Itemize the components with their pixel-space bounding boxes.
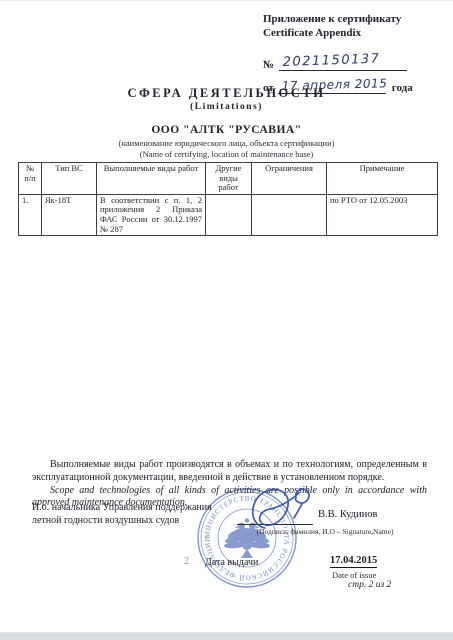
col-header-index: № п/п (19, 163, 42, 195)
col-header-work-types: Выполняемые виды работ (97, 163, 206, 195)
scan-edge-top (0, 0, 453, 1)
issue-date-label-ru: Дата выдачи (205, 557, 258, 568)
col-header-notes: Примечание (327, 163, 438, 195)
appendix-title-ru: Приложение к сертификату (263, 13, 438, 27)
table-row: 1. Як-18Т В соответствии с п. 1, 2 прило… (19, 194, 438, 235)
issue-date-label-en: Date of issue (332, 570, 376, 580)
scan-edge-bottom (0, 632, 453, 640)
organization-name: ООО "АЛТК "РУСАВИА" (0, 124, 453, 136)
appendix-header: Приложение к сертификату Certificate App… (263, 13, 438, 94)
signatory-position: И.о. начальника Управления поддержания л… (32, 501, 262, 527)
paragraph-ru: Выполняемые виды работ производятся в об… (32, 459, 427, 485)
appendix-title-en: Certificate Appendix (263, 27, 438, 41)
document-titles: СФЕРА ДЕЯТЕЛЬНОСТИ (Limitations) ООО "АЛ… (0, 86, 453, 159)
page-number: стр. 2 из 2 (348, 580, 391, 590)
cell-index: 1. (19, 194, 42, 235)
col-header-other-work: Другие виды работ (206, 163, 252, 195)
cell-work-types: В соответствии с п. 1, 2 приложения 2 Пр… (97, 194, 206, 235)
col-header-aircraft-type: Тип ВС (42, 163, 97, 195)
issue-date-value: 17.04.2015 (330, 555, 377, 568)
table-header-row: № п/п Тип ВС Выполняемые виды работ Друг… (19, 163, 438, 195)
certificate-appendix-page: Приложение к сертификату Certificate App… (0, 0, 453, 640)
doc-title-en: (Limitations) (0, 102, 453, 112)
organization-note-en: (Name of certifying, location of mainten… (0, 149, 453, 160)
certificate-number-line: № 2021150137 (263, 50, 438, 71)
cell-notes: по РТО от 12.05.2003 (327, 194, 438, 235)
signatory-name: В.В. Кудинов (318, 509, 377, 520)
handwritten-number: 2021150137 (283, 52, 381, 70)
number-underline: 2021150137 (279, 49, 407, 71)
limitations-table: № п/п Тип ВС Выполняемые виды работ Друг… (18, 162, 438, 236)
cell-other-work (206, 194, 252, 235)
cell-restrictions (252, 194, 327, 235)
handwritten-signature (243, 483, 315, 533)
number-prefix: № (263, 59, 274, 71)
pencil-page-mark: 2 (184, 556, 189, 567)
col-header-restrictions: Ограничения (252, 163, 327, 195)
doc-title-ru: СФЕРА ДЕЯТЕЛЬНОСТИ (0, 86, 453, 101)
position-line-2: летной годности воздушных судов (32, 514, 262, 527)
cell-aircraft-type: Як-18Т (42, 194, 97, 235)
position-line-1: И.о. начальника Управления поддержания (32, 501, 262, 514)
organization-note-ru: (наименование юридического лица, объекта… (0, 138, 453, 149)
